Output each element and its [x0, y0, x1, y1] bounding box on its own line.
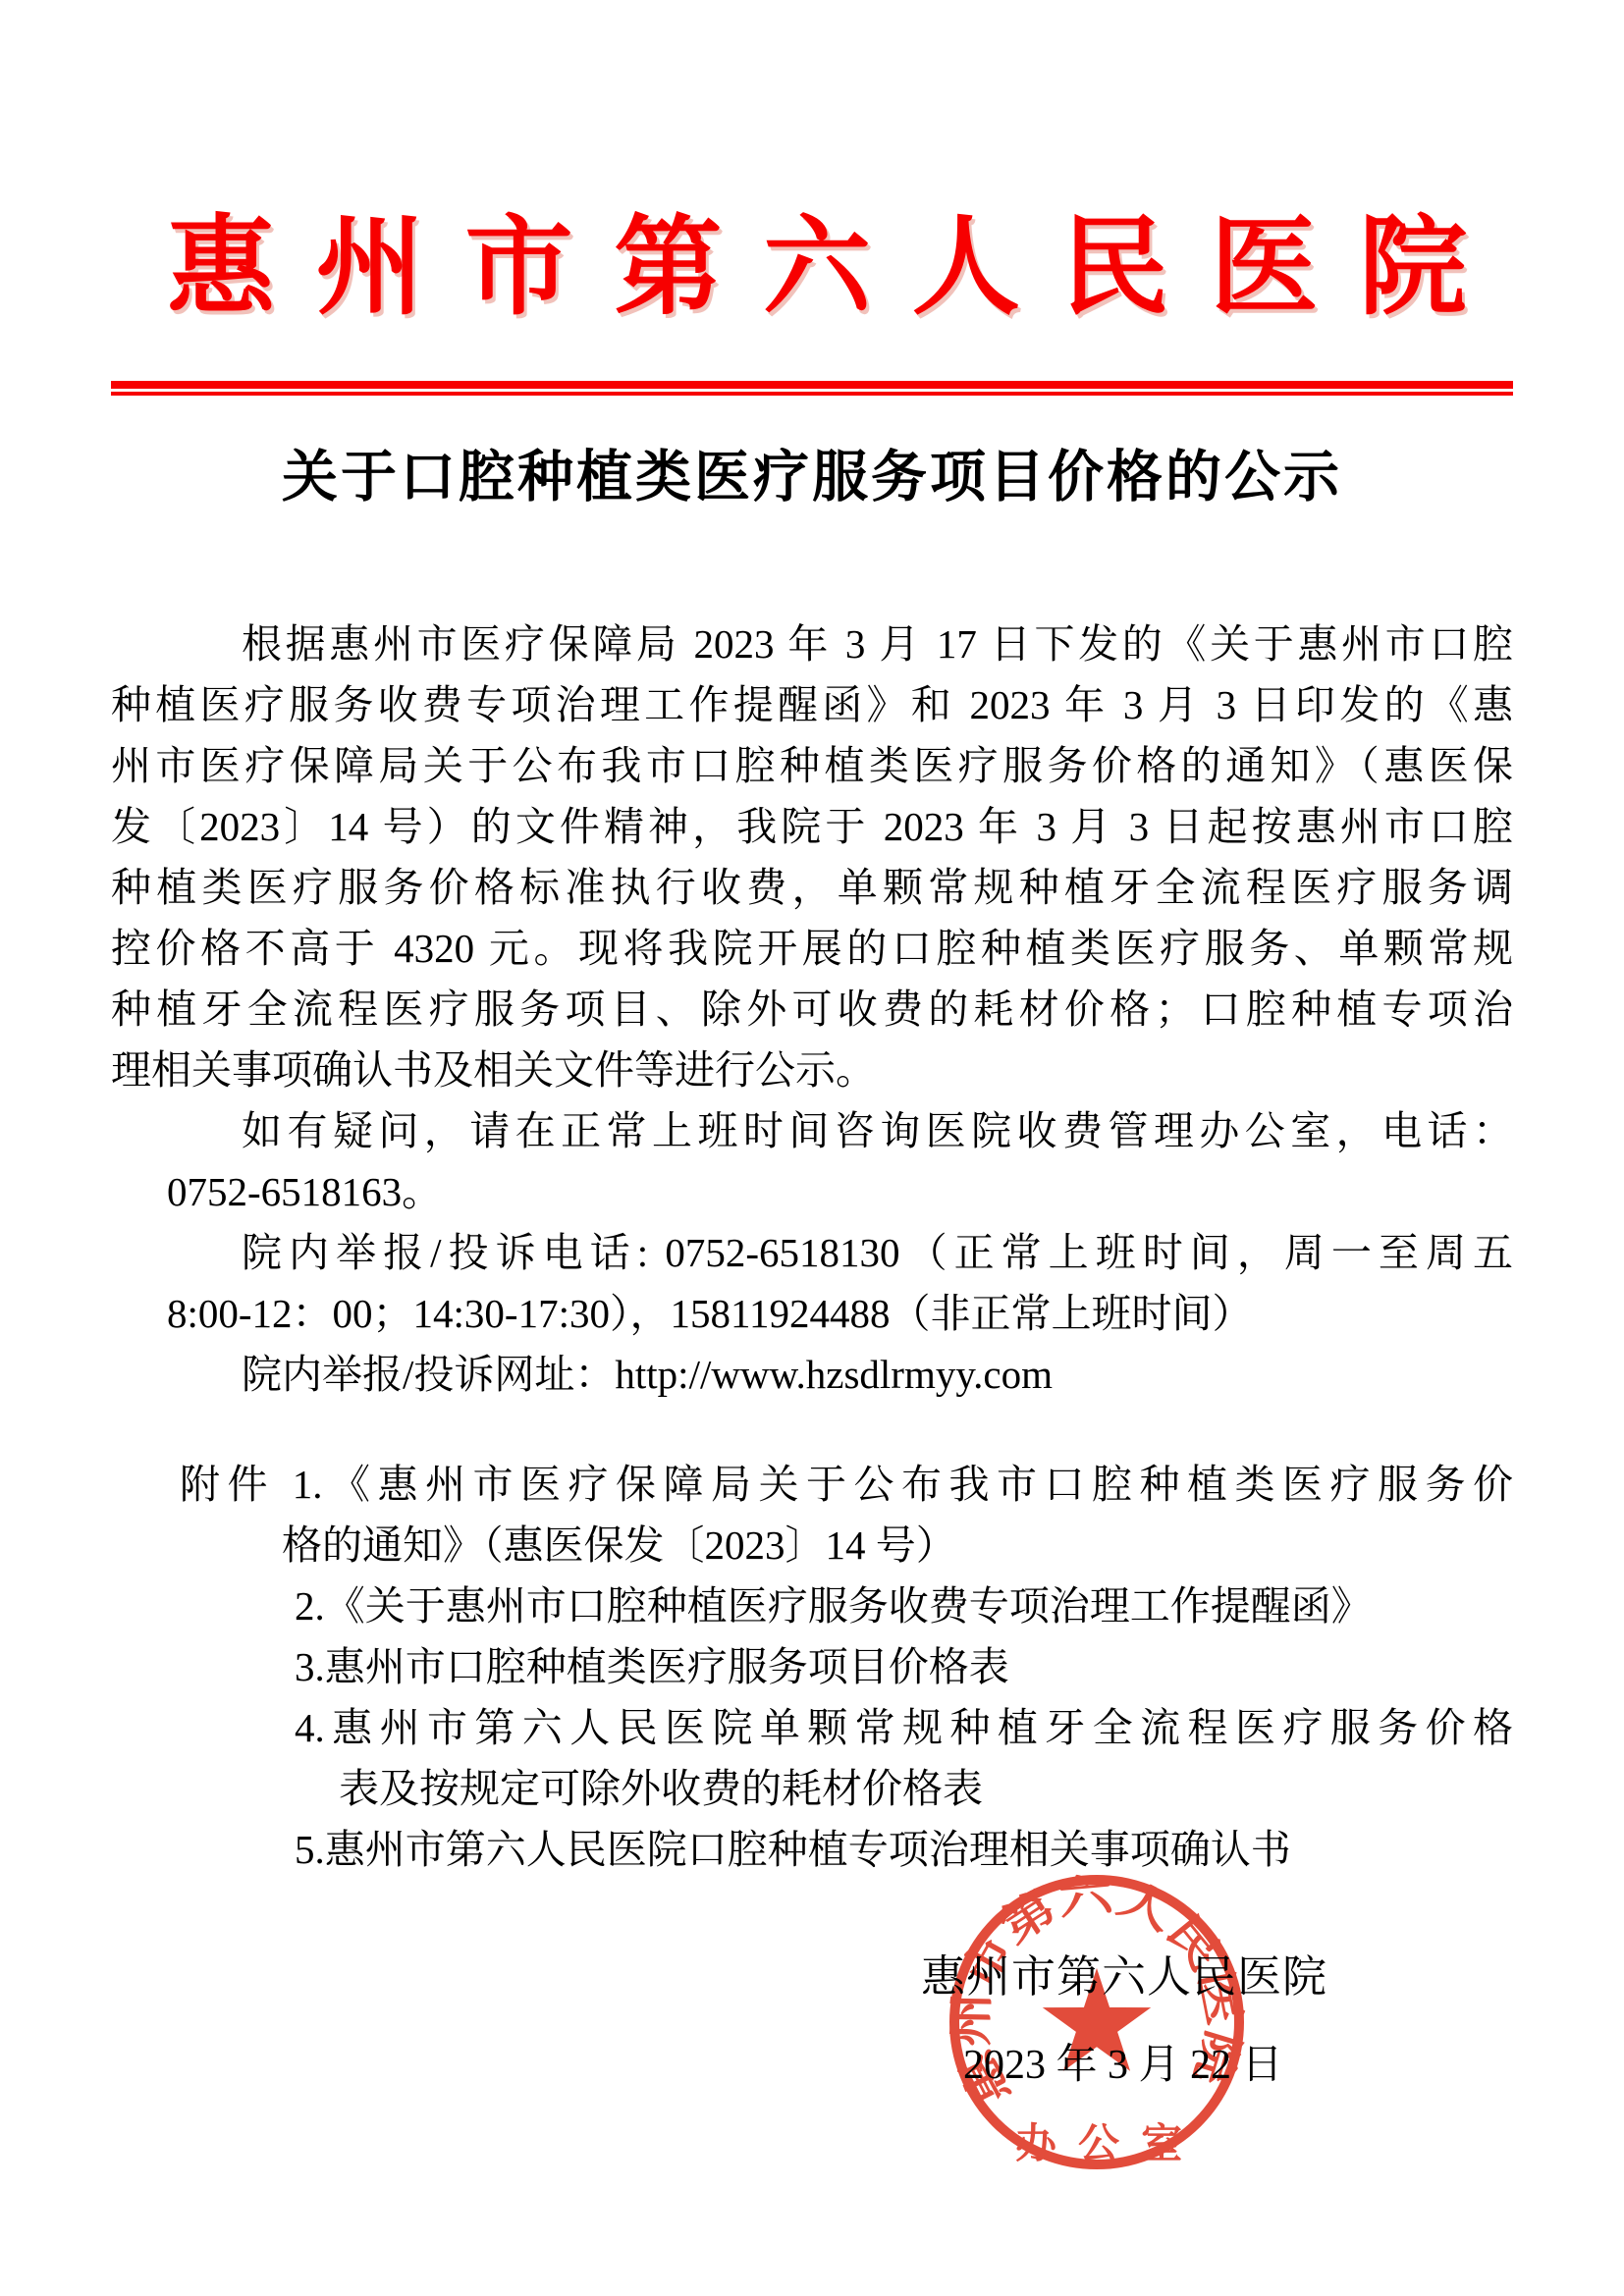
attachment-list: 附件 1.《惠州市医疗保障局关于公布我市口腔种植类医疗服务价格的通知》（惠医保发… [111, 1454, 1513, 1880]
body-text-line: 院内举报/投诉网址：http://www.hzsdlrmyy.com [111, 1344, 1513, 1405]
body-text-line: 根据惠州市医疗保障局 2023 年 3 月 17 日下发的《关于惠州市口腔 [111, 614, 1513, 674]
notice-title: 关于口腔种植类医疗服务项目价格的公示 [0, 445, 1624, 511]
masthead-char: 市 [465, 214, 573, 322]
attachment-line: 4.惠州市第六人民医院单颗常规种植牙全流程医疗服务价格 [111, 1697, 1513, 1758]
body-text-line: 院内举报/投诉电话: 0752-6518130（正常上班时间，周一至周五 [111, 1222, 1513, 1283]
notice-body: 根据惠州市医疗保障局 2023 年 3 月 17 日下发的《关于惠州市口腔种植医… [111, 614, 1513, 1405]
masthead-hospital-name: 惠州市第六人民医院 [167, 214, 1467, 322]
notice-page: 惠州市第六人民医院 关于口腔种植类医疗服务项目价格的公示 根据惠州市医疗保障局 … [0, 0, 1624, 2296]
attachment-line: 格的通知》（惠医保发〔2023〕14 号） [111, 1515, 1513, 1575]
masthead-char: 第 [614, 214, 722, 322]
body-text-line: 0752-6518163。 [111, 1161, 1513, 1222]
attachment-line: 附件 1.《惠州市医疗保障局关于公布我市口腔种植类医疗服务价 [111, 1454, 1513, 1515]
body-text-line: 种植类医疗服务价格标准执行收费，单颗常规种植牙全流程医疗服务调 [111, 857, 1513, 918]
body-text-line: 如有疑问，请在正常上班时间咨询医院收费管理办公室，电话： [111, 1100, 1513, 1161]
attachment-line: 5.惠州市第六人民医院口腔种植专项治理相关事项确认书 [111, 1819, 1513, 1880]
body-text-line: 发〔2023〕14 号）的文件精神，我院于 2023 年 3 月 3 日起按惠州… [111, 796, 1513, 857]
body-text-line: 种植牙全流程医疗服务项目、除外可收费的耗材价格；口腔种植专项治 [111, 979, 1513, 1040]
body-text-line: 控价格不高于 4320 元。现将我院开展的口腔种植类医疗服务、单颗常规 [111, 918, 1513, 979]
attachment-line: 3.惠州市口腔种植类医疗服务项目价格表 [111, 1636, 1513, 1697]
star-icon [1043, 1968, 1151, 2071]
masthead-char: 民 [1061, 214, 1169, 322]
body-text-line: 理相关事项确认书及相关文件等进行公示。 [111, 1040, 1513, 1100]
body-text-line: 州市医疗保障局关于公布我市口腔种植类医疗服务价格的通知》（惠医保 [111, 735, 1513, 796]
stamp-office-text: 办公室 [1015, 2121, 1204, 2167]
masthead-char: 六 [763, 214, 871, 322]
masthead-char: 医 [1210, 214, 1318, 322]
body-text-line: 8:00-12：00；14:30-17:30），15811924488（非正常上… [111, 1283, 1513, 1344]
attachment-line: 2.《关于惠州市口腔种植医疗服务收费专项治理工作提醒函》 [111, 1575, 1513, 1636]
masthead-char: 州 [316, 214, 424, 322]
official-seal-stamp: 惠州市第六人民医院 办公室 [945, 1870, 1249, 2174]
red-divider-rule [111, 381, 1513, 396]
body-text-line: 种植医疗服务收费专项治理工作提醒函》和 2023 年 3 月 3 日印发的《惠 [111, 674, 1513, 735]
attachment-line: 表及按规定可除外收费的耗材价格表 [111, 1758, 1513, 1819]
masthead-char: 人 [912, 214, 1020, 322]
masthead-char: 院 [1359, 214, 1467, 322]
masthead-char: 惠 [167, 214, 275, 322]
